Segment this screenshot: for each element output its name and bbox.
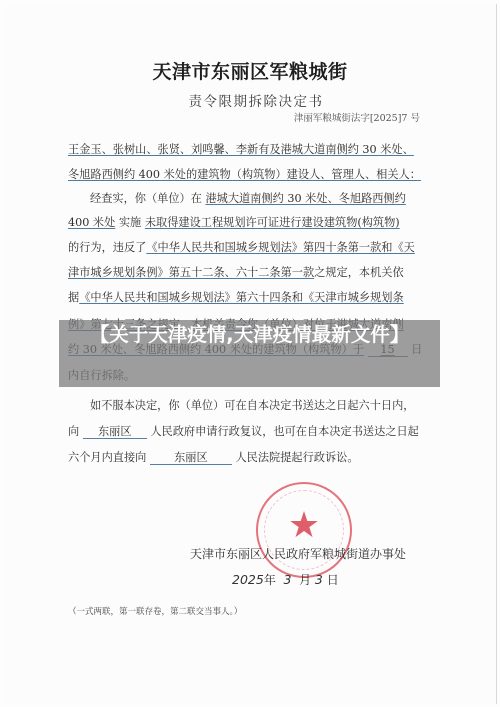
date-month-label: 月 <box>299 573 311 587</box>
issue-date: 2025年 3 月 3 日 <box>232 571 339 588</box>
body-text: 之规定，本机关依 <box>314 266 404 279</box>
act-field: 未取得建设工程规划许可证进行建设建筑物(构筑物) <box>145 216 400 229</box>
location-field: 港城大道南侧约 30 米处、冬旭路西侧约 <box>205 192 405 205</box>
body-text: 人民政府申请行政复议，也可在自本决定书送达之日起 <box>150 425 419 438</box>
addressee-line-2: 冬旭路西侧约 400 米处的建筑物（构筑物）建设人、管理人、相关人： <box>68 168 440 182</box>
body-text: 的行为，违反了 <box>68 241 146 254</box>
date-year-label: 年 <box>264 573 276 587</box>
overlay-caption: 【关于天津疫情,天津疫情最新文件】 <box>59 322 440 348</box>
date-year: 2025 <box>232 572 264 587</box>
body-line-3: 经查实，你（单位）在 港城大道南侧约 30 米处、冬旭路西侧约 <box>68 192 440 206</box>
body-text: 如不服本决定，你（单位）可在自本决定书送达之日起六十日内， <box>68 399 414 412</box>
district-field: 东丽区 <box>150 451 232 465</box>
star-icon: ★ <box>258 508 350 544</box>
date-month: 3 <box>283 572 291 587</box>
law-reference: 津市城乡规划条例》第五十二条、六十二条第一款 <box>68 266 314 279</box>
addressee-line-1: 王金玉、张树山、张贤、刘鸣馨、李新有及港城大道南侧约 30 米处、 <box>68 143 440 157</box>
body-text: 向 <box>68 425 79 438</box>
body-text: 人民法院提起行政诉讼。 <box>235 451 358 464</box>
location-field: 400 米处 <box>68 216 115 229</box>
body-line-7: 据《中华人民共和国城乡规划法》第六十四条和《天津市城乡规划条 <box>68 291 440 305</box>
law-reference: 《中华人民共和国城乡规划法》第六十四条和《天津市城乡规划条 <box>79 291 403 304</box>
body-text: 经查实，你（单位）在 <box>68 192 202 205</box>
body-text: 六个月内直接向 <box>68 451 146 464</box>
district-field: 东丽区 <box>83 425 147 439</box>
document-title: 天津市东丽区军粮城街 <box>0 57 500 84</box>
appeal-line-1: 如不服本决定，你（单位）可在自本决定书送达之日起六十日内， <box>68 399 440 413</box>
body-text: 实施 <box>119 216 141 229</box>
body-line-5: 的行为，违反了《中华人民共和国城乡规划法》第四十条第一款和《天 <box>68 241 440 255</box>
appeal-line-3: 六个月内直接向 东丽区 人民法院提起行政诉讼。 <box>68 451 440 465</box>
date-day-label: 日 <box>327 573 339 587</box>
body-line-6: 津市城乡规划条例》第五十二条、六十二条第一款之规定，本机关依 <box>68 266 440 280</box>
document-subtitle: 责令限期拆除决定书 <box>0 90 500 110</box>
law-reference: 《中华人民共和国城乡规划法》第四十条第一款和《天 <box>146 241 415 254</box>
body-line-4: 400 米处 实施 未取得建设工程规划许可证进行建设建筑物(构筑物) <box>68 216 440 230</box>
document-number: 津丽军粮城街法字[2025]7 号 <box>294 110 420 124</box>
signer: 天津市东丽区人民政府军粮城街道办事处 <box>190 545 406 562</box>
date-day: 3 <box>315 572 323 587</box>
footnote: （一式两联，第一联存卷，第二联交当事人。） <box>68 605 242 617</box>
official-seal: ★ <box>256 482 352 578</box>
appeal-line-2: 向 东丽区 人民政府申请行政复议，也可在自本决定书送达之日起 <box>68 425 440 439</box>
body-text: 据 <box>68 291 79 304</box>
